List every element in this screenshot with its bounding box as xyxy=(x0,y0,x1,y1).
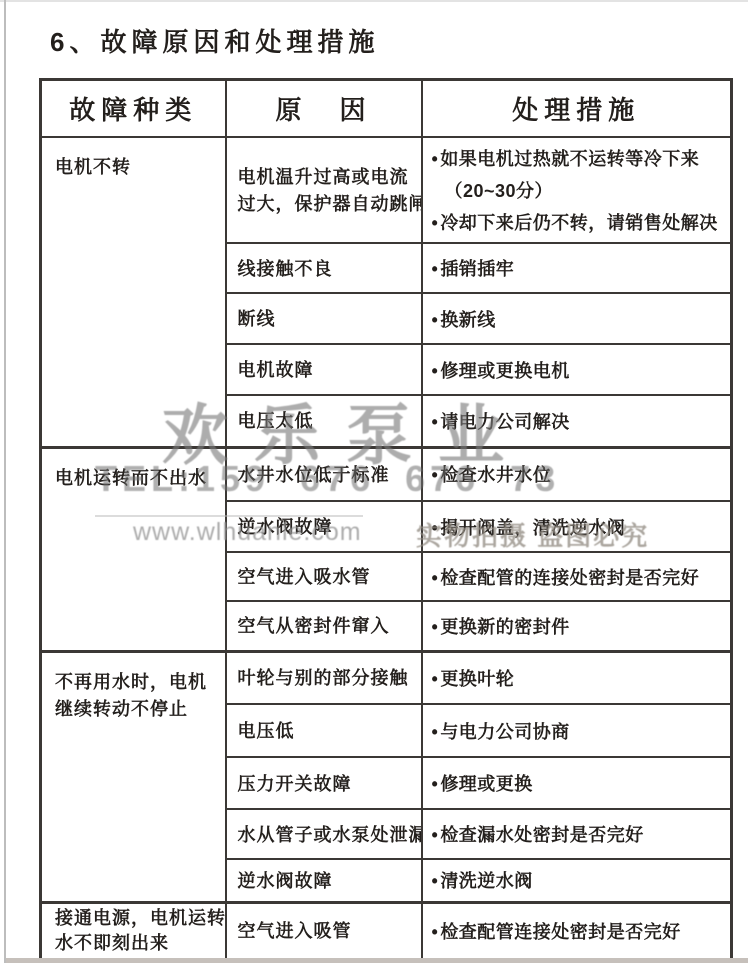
measure-item: •修理或更换 xyxy=(432,768,729,800)
measure-cell: •检查配管连接处密封是否完好 xyxy=(422,902,732,959)
col-header-measure: 处理措施 xyxy=(422,80,732,138)
bullet-icon: • xyxy=(432,259,439,279)
bullet-icon: • xyxy=(432,465,439,485)
measure-item: （20~30分） xyxy=(432,175,729,207)
table-row: 电机不转电机温升过高或电流过大，保护器自动跳闸•如果电机过热就不运转等冷下来（2… xyxy=(41,137,732,243)
cause-cell: 电压太低 xyxy=(226,395,422,447)
measure-item: •检查水井水位 xyxy=(432,459,729,491)
measure-cell: •换新线 xyxy=(422,293,732,344)
table-row: 接通电源，电机运转水不即刻出来空气进入吸管•检查配管连接处密封是否完好 xyxy=(41,902,732,959)
measure-item: •检查配管的连接处密封是否完好 xyxy=(432,562,729,594)
measure-item: •检查漏水处密封是否完好 xyxy=(432,819,729,851)
fault-table: 故障种类 原 因 处理措施 电机不转电机温升过高或电流过大，保护器自动跳闸•如果… xyxy=(39,78,733,961)
measure-cell: •如果电机过热就不运转等冷下来（20~30分）•冷却下来后仍不转，请销售处解决 xyxy=(422,137,732,243)
col-header-fault-type: 故障种类 xyxy=(41,80,226,138)
bullet-icon: • xyxy=(432,412,439,432)
bullet-icon: • xyxy=(432,310,439,330)
measure-cell: •请电力公司解决 xyxy=(422,395,732,447)
bullet-icon: • xyxy=(432,617,439,637)
table-row: 电机运转而不出水水井水位低于标准•检查水井水位 xyxy=(41,447,732,501)
cause-cell: 空气进入吸水管 xyxy=(226,552,422,601)
cause-cell: 断线 xyxy=(226,293,422,344)
cause-cell: 叶轮与别的部分接触 xyxy=(226,651,422,704)
col-header-cause: 原 因 xyxy=(226,80,422,138)
table-row: 不再用水时，电机继续转动不停止叶轮与别的部分接触•更换叶轮 xyxy=(41,651,732,704)
measure-item: •揭开阀盖，清洗逆水阀 xyxy=(432,512,729,544)
table-header-row: 故障种类 原 因 处理措施 xyxy=(41,80,732,138)
measure-item: •请电力公司解决 xyxy=(432,406,729,438)
bullet-icon: • xyxy=(432,149,439,169)
measure-item: •更换新的密封件 xyxy=(432,611,729,643)
measure-cell: •更换新的密封件 xyxy=(422,601,732,651)
measure-item: •修理或更换电机 xyxy=(432,355,729,387)
measure-cell: •与电力公司协商 xyxy=(422,704,732,757)
document-page: 6、故障原因和处理措施 故障种类 原 因 处理措施 电机不转电机温升过高或电流过… xyxy=(0,0,748,963)
measure-item: •更换叶轮 xyxy=(432,663,729,695)
fault-type-cell: 电机运转而不出水 xyxy=(41,447,226,651)
measure-item: •清洗逆水阀 xyxy=(432,865,729,897)
measure-item: •插销插牢 xyxy=(432,253,729,285)
bullet-icon: • xyxy=(432,568,439,588)
bullet-icon: • xyxy=(432,774,439,794)
bullet-icon: • xyxy=(432,518,439,538)
cause-cell: 空气进入吸管 xyxy=(226,902,422,959)
bullet-icon: • xyxy=(432,669,439,689)
cause-cell: 逆水阀故障 xyxy=(226,501,422,552)
measure-item: •换新线 xyxy=(432,304,729,336)
cause-cell: 电机故障 xyxy=(226,344,422,395)
measure-cell: •检查配管的连接处密封是否完好 xyxy=(422,552,732,601)
cause-cell: 电压低 xyxy=(226,704,422,757)
measure-item: •与电力公司协商 xyxy=(432,716,729,748)
bullet-icon: • xyxy=(432,361,439,381)
measure-cell: •更换叶轮 xyxy=(422,651,732,704)
cause-cell: 逆水阀故障 xyxy=(226,859,422,902)
measure-cell: •修理或更换 xyxy=(422,757,732,809)
fault-type-cell: 电机不转 xyxy=(41,137,226,447)
measure-cell: •检查水井水位 xyxy=(422,447,732,501)
bullet-icon: • xyxy=(432,213,439,233)
page-bottom-edge-bar xyxy=(6,958,748,963)
bullet-icon: • xyxy=(432,722,439,742)
measure-cell: •清洗逆水阀 xyxy=(422,859,732,902)
cause-cell: 水井水位低于标准 xyxy=(226,447,422,501)
fault-type-cell: 不再用水时，电机继续转动不停止 xyxy=(41,651,226,902)
watermark-rule xyxy=(95,515,363,517)
measure-cell: •插销插牢 xyxy=(422,243,732,293)
measure-item: •检查配管连接处密封是否完好 xyxy=(432,916,729,948)
page-left-edge xyxy=(4,0,6,963)
cause-cell: 压力开关故障 xyxy=(226,757,422,809)
measure-item: •冷却下来后仍不转，请销售处解决 xyxy=(432,207,729,239)
cause-cell: 水从管子或水泵处泄漏 xyxy=(226,809,422,859)
bullet-icon: • xyxy=(432,871,439,891)
fault-type-cell: 接通电源，电机运转水不即刻出来 xyxy=(41,902,226,959)
measure-cell: •修理或更换电机 xyxy=(422,344,732,395)
cause-cell: 空气从密封件窜入 xyxy=(226,601,422,651)
page-title: 6、故障原因和处理措施 xyxy=(50,22,379,59)
page-top-edge xyxy=(0,0,748,2)
measure-cell: •揭开阀盖，清洗逆水阀 xyxy=(422,501,732,552)
cause-cell: 电机温升过高或电流过大，保护器自动跳闸 xyxy=(226,137,422,243)
bullet-icon: • xyxy=(432,922,439,942)
cause-cell: 线接触不良 xyxy=(226,243,422,293)
bullet-icon: • xyxy=(432,825,439,845)
measure-cell: •检查漏水处密封是否完好 xyxy=(422,809,732,859)
measure-item: •如果电机过热就不运转等冷下来 xyxy=(432,143,729,175)
